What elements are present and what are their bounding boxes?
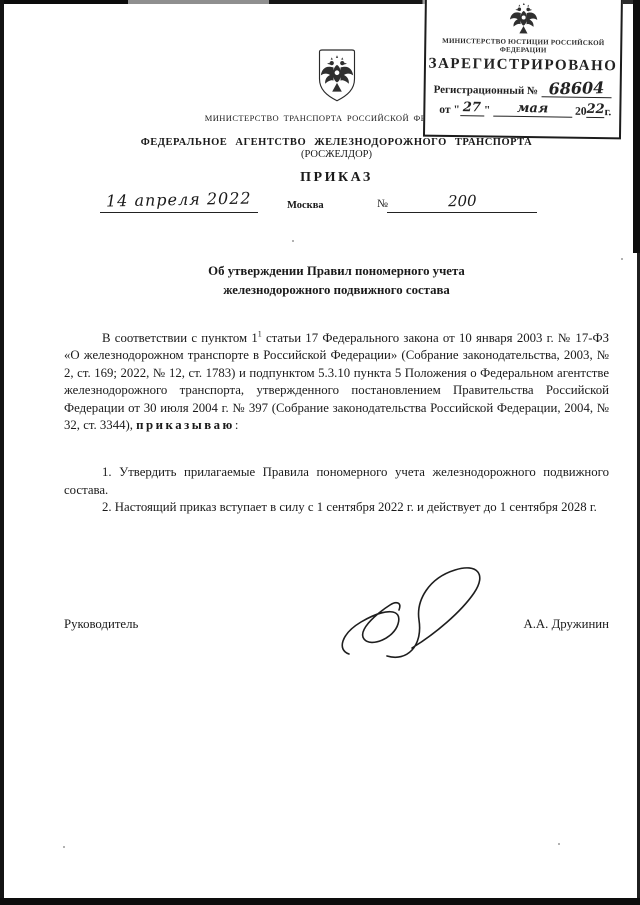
preamble-text: В соответствии с пунктом 1 (102, 331, 258, 345)
scanned-order-document: МИНИСТЕРСТВО ТРАНСПОРТА РОССИЙСКОЙ ФЕДЕР… (0, 0, 640, 905)
scan-speck (558, 843, 560, 845)
order-item-1: 1. Утвердить прилагаемые Правила пономер… (64, 464, 609, 499)
stamp-date-row: от "27"мая2022г. (439, 100, 611, 118)
preamble-text-continued: статьи 17 Федерального закона от 10 янва… (64, 331, 609, 432)
stamp-date-month-field: мая (493, 101, 572, 118)
stamp-registration-number-row: Регистрационный № 68604 (434, 76, 612, 98)
stamp-reg-number-label: Регистрационный № (434, 84, 539, 97)
coat-of-arms-icon (316, 48, 358, 108)
number-field: 200 (387, 192, 537, 213)
stamp-date-year-field: 22 (586, 102, 604, 118)
stamp-date-year-prefix: 20 (575, 106, 587, 118)
scan-border-left (0, 0, 4, 905)
signature-row: Руководитель А.А. Дружинин (64, 610, 609, 670)
document-type-heading: ПРИКАЗ (64, 170, 609, 186)
stamp-eagle-icon (503, 2, 543, 37)
stamp-date-from-label: от (439, 104, 450, 116)
scan-border-bottom (0, 898, 640, 905)
dateline: 14 апреля 2022 Москва № 200 (64, 190, 609, 220)
order-item-2: 2. Настоящий приказ вступает в силу с 1 … (64, 499, 609, 516)
stamp-reg-number-field: 68604 (542, 77, 612, 98)
stamp-reg-number-value: 68604 (549, 78, 605, 98)
scan-border-right-top (633, 0, 640, 253)
stamp-date-day-field: 27 (460, 100, 484, 116)
signer-position: Руководитель (64, 617, 138, 632)
order-verb-bold: приказываю (136, 418, 235, 432)
handwritten-date: 14 апреля 2022 (106, 188, 252, 210)
document-body: В соответствии с пунктом 11 статьи 17 Фе… (64, 330, 609, 517)
document-title: Об утверждении Правил пономерного учета … (64, 262, 609, 300)
preamble-colon: : (235, 418, 239, 432)
stamp-date-day-value: 27 (463, 100, 481, 115)
stamp-date-year-value: 22 (586, 102, 604, 117)
signer-name: А.А. Дружинин (523, 617, 609, 632)
stamp-registered-label: ЗАРЕГИСТРИРОВАНО (426, 56, 620, 76)
document-title-line1: Об утверждении Правил пономерного учета (64, 262, 609, 281)
stamp-date-year-suffix: г. (604, 106, 611, 118)
stamp-date-month-value: мая (517, 101, 548, 116)
scan-speck (63, 846, 65, 848)
stamp-quote-close: " (484, 104, 491, 116)
stamp-ministry-line: МИНИСТЕРСТВО ЮСТИЦИИ РОССИЙСКОЙ ФЕДЕРАЦИ… (426, 37, 620, 56)
scan-speck (292, 240, 294, 242)
handwritten-number: 200 (448, 192, 477, 210)
scan-speck (621, 258, 623, 260)
registration-stamp: МИНИСТЕРСТВО ЮСТИЦИИ РОССИЙСКОЙ ФЕДЕРАЦИ… (423, 0, 623, 139)
preamble-paragraph: В соответствии с пунктом 11 статьи 17 Фе… (64, 330, 609, 434)
agency-abbreviation: (РОСЖЕЛДОР) (64, 149, 609, 160)
city-label: Москва (287, 200, 324, 211)
document-title-line2: железнодорожного подвижного состава (64, 281, 609, 300)
agency-name: ФЕДЕРАЛЬНОЕ АГЕНТСТВО ЖЕЛЕЗНОДОРОЖНОГО Т… (64, 137, 609, 148)
date-field: 14 апреля 2022 (100, 190, 258, 213)
